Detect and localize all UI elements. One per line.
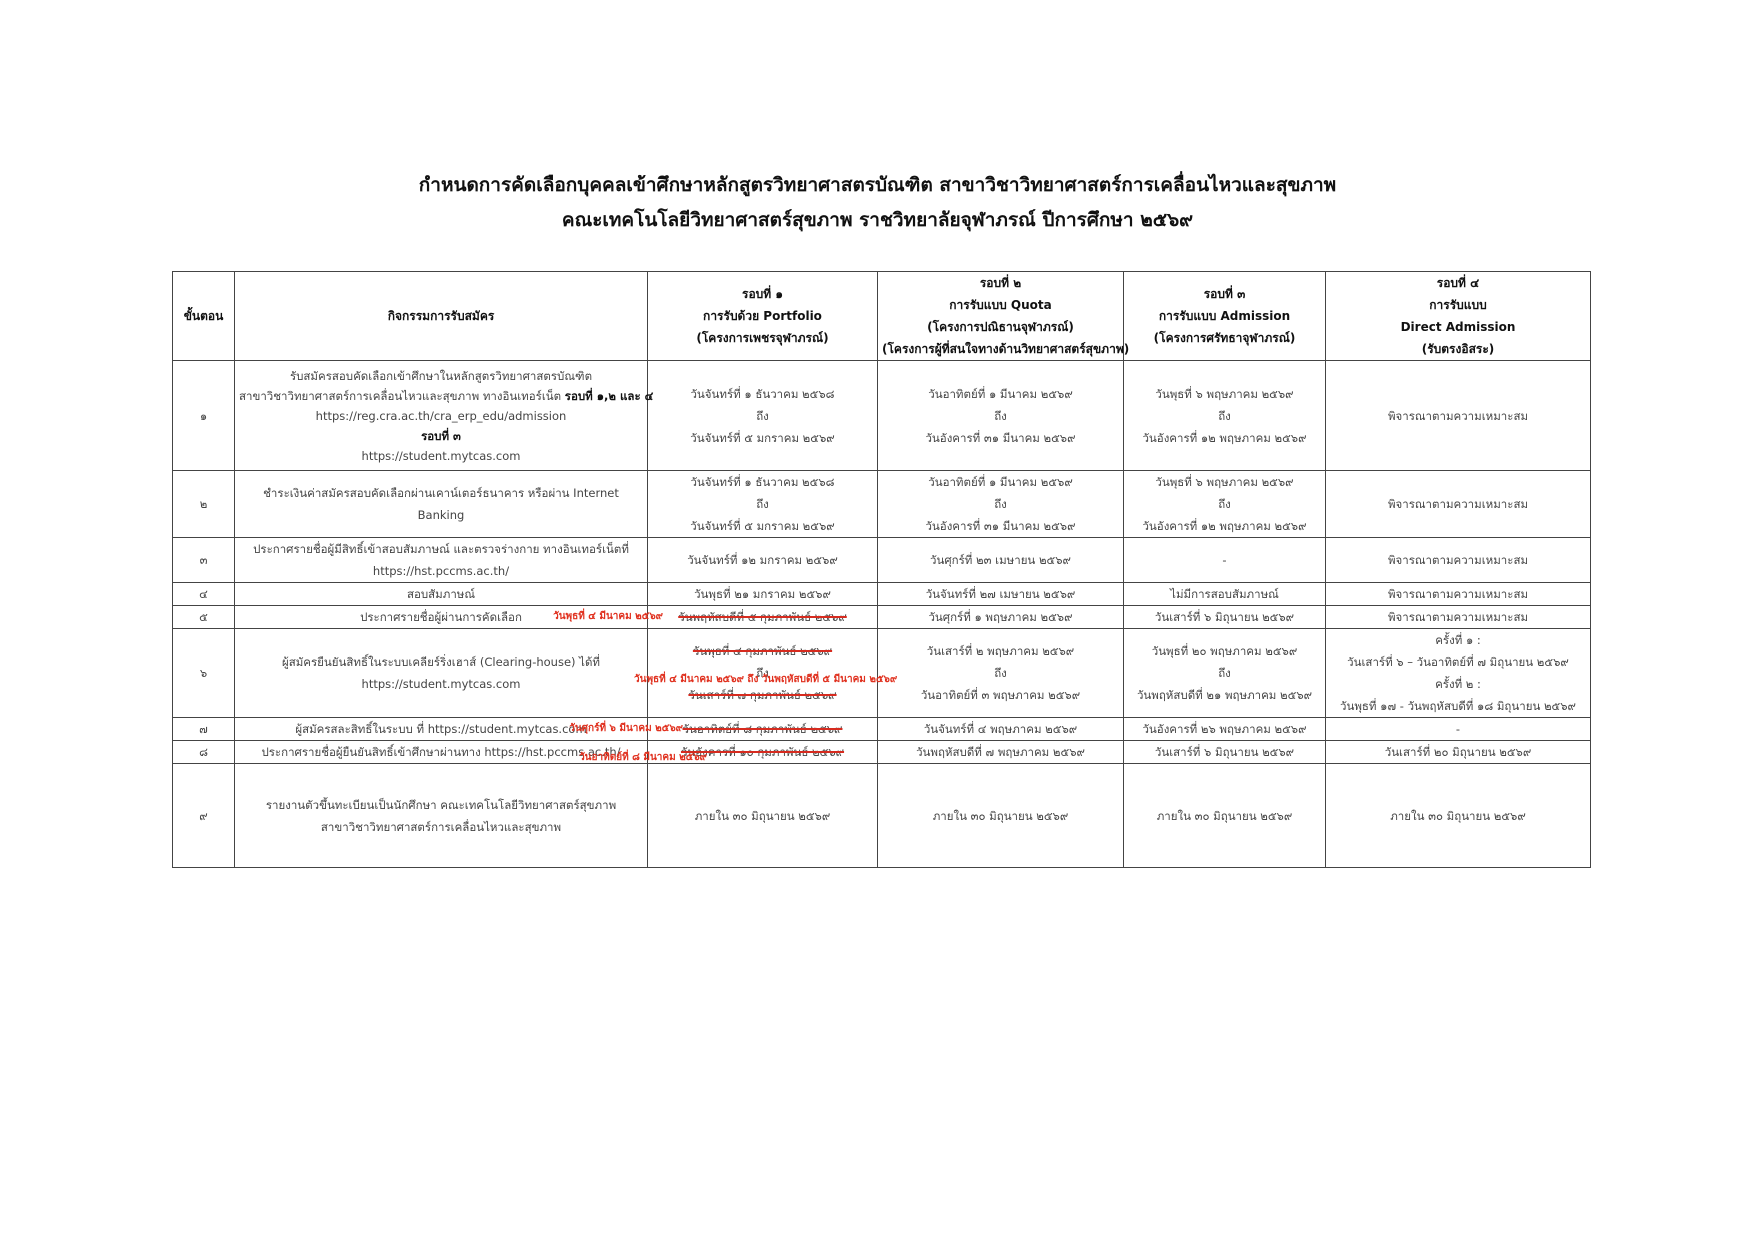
round-3-date: วันพุธที่ ๖ พฤษภาคม ๒๕๖๙ถึงวันอังคารที่ … [1124, 361, 1326, 471]
round-4-date: พิจารณาตามความเหมาะสม [1326, 583, 1591, 606]
step-number: ๕ [173, 606, 235, 629]
round-3-date: - [1124, 538, 1326, 583]
link-hst-pccms[interactable]: https://hst.pccms.ac.th/ [239, 560, 643, 582]
step-number: ๙ [173, 764, 235, 868]
table-row: ๒ ชำระเงินค่าสมัครสอบคัดเลือกผ่านเคาน์เต… [173, 471, 1591, 538]
header-activity: กิจกรรมการรับสมัคร [235, 272, 648, 361]
activity-cell: ผู้สมัครสละสิทธิ์ในระบบ ที่ https://stud… [235, 718, 648, 741]
step-number: ๔ [173, 583, 235, 606]
table-row: ๓ ประกาศรายชื่อผู้มีสิทธิ์เข้าสอบสัมภาษณ… [173, 538, 1591, 583]
round-1-date: วันจันทร์ที่ ๑ ธันวาคม ๒๕๖๘ถึงวันจันทร์ท… [648, 471, 878, 538]
step-number: ๓ [173, 538, 235, 583]
revised-date-annotation: วันพุธที่ ๔ มีนาคม ๒๕๖๙ ถึง วันพฤหัสบดีท… [634, 669, 897, 691]
document-title-line-2: คณะเทคโนโลยีวิทยาศาสตร์สุขภาพ ราชวิทยาลั… [0, 205, 1755, 235]
header-round-4: รอบที่ ๔ การรับแบบ Direct Admission (รับ… [1326, 272, 1591, 361]
round-2-date: วันศุกร์ที่ ๒๓ เมษายน ๒๕๖๙ [878, 538, 1124, 583]
round-4-date: ภายใน ๓๐ มิถุนายน ๒๕๖๙ [1326, 764, 1591, 868]
table-row: ๔ สอบสัมภาษณ์ วันพุธที่ ๒๑ มกราคม ๒๕๖๙ ว… [173, 583, 1591, 606]
table-row: ๕ ประกาศรายชื่อผู้ผ่านการคัดเลือก วันพุธ… [173, 606, 1591, 629]
round-3-date: วันพุธที่ ๖ พฤษภาคม ๒๕๖๙ถึงวันอังคารที่ … [1124, 471, 1326, 538]
round-2-date: ภายใน ๓๐ มิถุนายน ๒๕๖๙ [878, 764, 1124, 868]
round-3-date: ภายใน ๓๐ มิถุนายน ๒๕๖๙ [1124, 764, 1326, 868]
table-row: ๗ ผู้สมัครสละสิทธิ์ในระบบ ที่ https://st… [173, 718, 1591, 741]
round-4-date: - [1326, 718, 1591, 741]
revised-date-annotation: วันอาทิตย์ที่ ๘ มีนาคม ๒๕๖๙ [579, 747, 707, 769]
round-1-date: วันจันทร์ที่ ๑๒ มกราคม ๒๕๖๙ [648, 538, 878, 583]
revised-date-annotation: วันพุธที่ ๔ มีนาคม ๒๕๖๙ [553, 606, 663, 628]
table-row: ๙ รายงานตัวขึ้นทะเบียนเป็นนักศึกษา คณะเท… [173, 764, 1591, 868]
round-2-date: วันพฤหัสบดีที่ ๗ พฤษภาคม ๒๕๖๙ [878, 741, 1124, 764]
step-number: ๗ [173, 718, 235, 741]
struck-date: วันพุธที่ ๔ กุมภาพันธ์ ๒๕๖๙ [652, 640, 873, 662]
round-2-date: วันอาทิตย์ที่ ๑ มีนาคม ๒๕๖๙ถึงวันอังคารท… [878, 361, 1124, 471]
round-3-date: วันพุธที่ ๒๐ พฤษภาคม ๒๕๖๙ถึงวันพฤหัสบดีท… [1124, 629, 1326, 718]
link-mytcas[interactable]: https://student.mytcas.com [239, 673, 643, 695]
table-row: ๘ ประกาศรายชื่อผู้ยืนยันสิทธิ์เข้าศึกษาผ… [173, 741, 1591, 764]
round-2-date: วันอาทิตย์ที่ ๑ มีนาคม ๒๕๖๙ถึงวันอังคารท… [878, 471, 1124, 538]
round-2-date: วันศุกร์ที่ ๑ พฤษภาคม ๒๕๖๙ [878, 606, 1124, 629]
round-4-date: วันเสาร์ที่ ๒๐ มิถุนายน ๒๕๖๙ [1326, 741, 1591, 764]
link-reg-cra[interactable]: https://reg.cra.ac.th/cra_erp_edu/admiss… [239, 406, 643, 426]
round-2-date: วันเสาร์ที่ ๒ พฤษภาคม ๒๕๖๙ถึงวันอาทิตย์ท… [878, 629, 1124, 718]
table-header-row: ขั้นตอน กิจกรรมการรับสมัคร รอบที่ ๑ การร… [173, 272, 1591, 361]
table-row: ๖ ผู้สมัครยืนยันสิทธิ์ในระบบเคลียร์ริ่งเ… [173, 629, 1591, 718]
round-2-date: วันจันทร์ที่ ๒๗ เมษายน ๒๕๖๙ [878, 583, 1124, 606]
table-row: ๑ รับสมัครสอบคัดเลือกเข้าศึกษาในหลักสูตร… [173, 361, 1591, 471]
activity-cell: รายงานตัวขึ้นทะเบียนเป็นนักศึกษา คณะเทคโ… [235, 764, 648, 868]
step-number: ๑ [173, 361, 235, 471]
activity-cell: ประกาศรายชื่อผู้ผ่านการคัดเลือก วันพุธที… [235, 606, 648, 629]
step-number: ๘ [173, 741, 235, 764]
step-number: ๒ [173, 471, 235, 538]
round-1-date: ภายใน ๓๐ มิถุนายน ๒๕๖๙ [648, 764, 878, 868]
activity-cell: รับสมัครสอบคัดเลือกเข้าศึกษาในหลักสูตรวิ… [235, 361, 648, 471]
activity-cell: ผู้สมัครยืนยันสิทธิ์ในระบบเคลียร์ริ่งเฮา… [235, 629, 648, 718]
activity-cell: ประกาศรายชื่อผู้ยืนยันสิทธิ์เข้าศึกษาผ่า… [235, 741, 648, 764]
header-round-3: รอบที่ ๓ การรับแบบ Admission (โครงการศรั… [1124, 272, 1326, 361]
step-number: ๖ [173, 629, 235, 718]
round-3-date: วันเสาร์ที่ ๖ มิถุนายน ๒๕๖๙ [1124, 606, 1326, 629]
struck-date: วันพฤหัสบดีที่ ๕ กุมภาพันธ์ ๒๕๖๙ [678, 610, 847, 624]
round-1-date: วันพฤหัสบดีที่ ๕ กุมภาพันธ์ ๒๕๖๙ [648, 606, 878, 629]
round-4-date: พิจารณาตามความเหมาะสม [1326, 606, 1591, 629]
round-1-date: วันพุธที่ ๔ กุมภาพันธ์ ๒๕๖๙ ถึง วันเสาร์… [648, 629, 878, 718]
round-3-date: วันเสาร์ที่ ๖ มิถุนายน ๒๕๖๙ [1124, 741, 1326, 764]
header-step: ขั้นตอน [173, 272, 235, 361]
round-1-date: วันจันทร์ที่ ๑ ธันวาคม ๒๕๖๘ถึงวันจันทร์ท… [648, 361, 878, 471]
round-3-date: ไม่มีการสอบสัมภาษณ์ [1124, 583, 1326, 606]
round-4-date: พิจารณาตามความเหมาะสม [1326, 471, 1591, 538]
struck-date: วันอาทิตย์ที่ ๘ กุมภาพันธ์ ๒๕๖๙ [683, 722, 843, 736]
header-round-1: รอบที่ ๑ การรับด้วย Portfolio (โครงการเพ… [648, 272, 878, 361]
header-round-2: รอบที่ ๒ การรับแบบ Quota (โครงการปณิธานจ… [878, 272, 1124, 361]
activity-cell: ชำระเงินค่าสมัครสอบคัดเลือกผ่านเคาน์เตอร… [235, 471, 648, 538]
activity-cell: ประกาศรายชื่อผู้มีสิทธิ์เข้าสอบสัมภาษณ์ … [235, 538, 648, 583]
round-2-date: วันจันทร์ที่ ๔ พฤษภาคม ๒๕๖๙ [878, 718, 1124, 741]
round-4-date: พิจารณาตามความเหมาะสม [1326, 361, 1591, 471]
link-mytcas[interactable]: https://student.mytcas.com [239, 446, 643, 466]
round-4-date: พิจารณาตามความเหมาะสม [1326, 538, 1591, 583]
admission-schedule-table: ขั้นตอน กิจกรรมการรับสมัคร รอบที่ ๑ การร… [172, 271, 1591, 868]
round-3-date: วันอังคารที่ ๒๖ พฤษภาคม ๒๕๖๙ [1124, 718, 1326, 741]
activity-cell: สอบสัมภาษณ์ [235, 583, 648, 606]
round-1-date: วันพุธที่ ๒๑ มกราคม ๒๕๖๙ [648, 583, 878, 606]
round-4-date: ครั้งที่ ๑ :วันเสาร์ที่ ๖ – วันอาทิตย์ที… [1326, 629, 1591, 718]
document-title-line-1: กำหนดการคัดเลือกบุคคลเข้าศึกษาหลักสูตรวิ… [0, 170, 1755, 200]
revised-date-annotation: วันศุกร์ที่ ๖ มีนาคม ๒๕๖๙ [569, 718, 683, 740]
